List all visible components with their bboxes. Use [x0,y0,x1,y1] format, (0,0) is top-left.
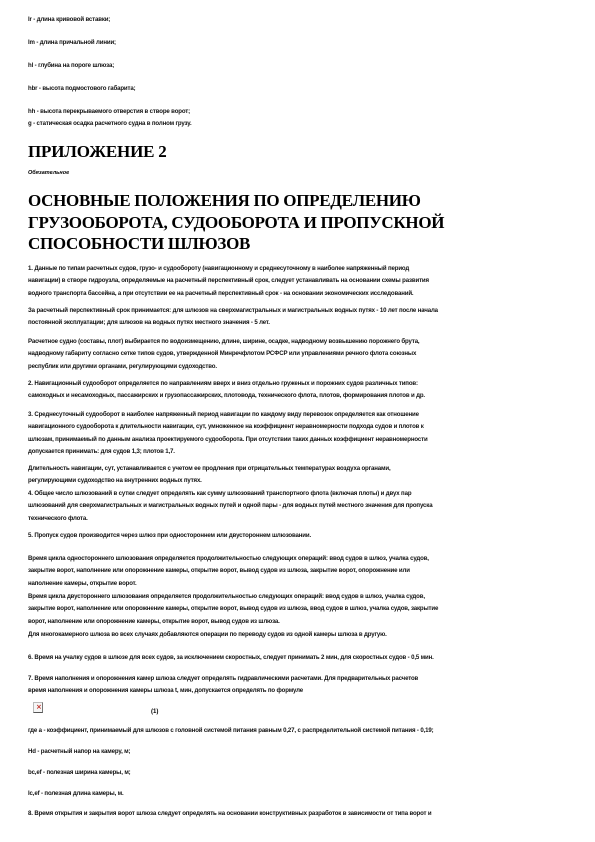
paragraph-1: 1. Данные по типам расчетных судов, груз… [28,263,429,300]
text-line: наполнение камеры, открытие ворот. [28,578,429,590]
paragraph-multichamber: Для многокамерного шлюза во всех случаях… [28,629,387,641]
definition-lm: lm - длина причальной линии; [28,37,116,49]
text-line: навигационного судооборота к длительност… [28,421,428,433]
text-line: водного транспорта бассейна, а при отсут… [28,288,429,300]
text-line: закрытие ворот, наполнение или опорожнен… [28,603,438,615]
text-line: Длительность навигации, сут, устанавлива… [28,463,391,475]
appendix-title: ПРИЛОЖЕНИЕ 2 [28,142,167,162]
paragraph-2: 2. Навигационный судооборот определяется… [28,378,425,403]
paragraph-one-way-cycle: Время цикла одностороннего шлюзования оп… [28,553,429,590]
paragraph-6: 6. Время на учалку судов в шлюзе для все… [28,652,434,664]
text-line: надводному габариту согласно сетке типов… [28,348,419,360]
formula-term-hd: Hd - расчетный напор на камеру, м; [28,746,130,758]
paragraph-two-way-cycle: Время цикла двустороннего шлюзования опр… [28,591,438,628]
text-line: 2. Навигационный судооборот определяется… [28,378,425,390]
text-line: шлюзований для сверхмагистральных и маги… [28,500,432,512]
paragraph-3: 3. Среднесуточный судооборот в наиболее … [28,409,428,458]
text-line: время наполнения и опорожнения камеры шл… [28,685,418,697]
main-title-line: ГРУЗООБОРОТА, СУДООБОРОТА И ПРОПУСКНОЙ [28,212,444,234]
main-title-line: СПОСОБНОСТИ ШЛЮЗОВ [28,233,444,255]
main-title: ОСНОВНЫЕ ПОЛОЖЕНИЯ ПО ОПРЕДЕЛЕНИЮ ГРУЗОО… [28,190,444,255]
formula-broken-image-icon: × [33,702,43,713]
formula-term-bc: bc,ef - полезная ширина камеры, м; [28,767,131,779]
text-line: допускается принимать: для судов 1,3; пл… [28,446,428,458]
text-line: шлюзам, принимаемый по данным анализа пр… [28,434,428,446]
paragraph-perspective-term: За расчетный перспективный срок принимае… [28,305,438,330]
text-line: навигации) в створе гидроузла, определяе… [28,275,429,287]
paragraph-design-vessel: Расчетное судно (составы, плот) выбирает… [28,336,419,373]
text-line: регулирующими судоходство на внутренних … [28,475,391,487]
text-line: 4. Общее число шлюзований в сутки следуе… [28,488,432,500]
paragraph-4: 4. Общее число шлюзований в сутки следуе… [28,488,432,525]
main-title-line: ОСНОВНЫЕ ПОЛОЖЕНИЯ ПО ОПРЕДЕЛЕНИЮ [28,190,444,212]
definition-hbr: hbr - высота подмостового габарита; [28,83,135,95]
text-line: Время цикла двустороннего шлюзования опр… [28,591,438,603]
equation-number: (1) [151,708,158,715]
text-line: самоходных и несамоходных, пассажирских … [28,390,425,402]
text-line: республик или другими органами, регулиру… [28,361,419,373]
text-line: Расчетное судно (составы, плот) выбирает… [28,336,419,348]
text-line: Для многокамерного шлюза во всех случаях… [28,629,387,641]
appendix-status: Обязательное [28,170,69,176]
text-line: ворот, наполнение или опорожнение камеры… [28,616,438,628]
definition-lr: lr - длина кривовой вставки; [28,14,110,26]
paragraph-7: 7. Время наполнения и опорожнения камер … [28,673,418,698]
paragraph-navigation-duration: Длительность навигации, сут, устанавлива… [28,463,391,488]
formula-term-a: где a - коэффициент, принимаемый для шлю… [28,725,433,737]
text-line: За расчетный перспективный срок принимае… [28,305,438,317]
text-line: 5. Пропуск судов производится через шлюз… [28,530,311,542]
definition-hh: hh - высота перекрываемого отверстия в с… [28,106,190,118]
text-line: технического флота. [28,513,432,525]
text-line: Время цикла одностороннего шлюзования оп… [28,553,429,565]
text-line: 1. Данные по типам расчетных судов, груз… [28,263,429,275]
text-line: 6. Время на учалку судов в шлюзе для все… [28,652,434,664]
text-line: 3. Среднесуточный судооборот в наиболее … [28,409,428,421]
text-line: постоянной эксплуатации; для шлюзов на в… [28,317,438,329]
definition-hl: hl - глубина на пороге шлюза; [28,60,114,72]
paragraph-5: 5. Пропуск судов производится через шлюз… [28,530,311,542]
formula-term-lc: lc,ef - полезная длина камеры, м. [28,788,124,800]
definition-g: g - статическая осадка расчетного судна … [28,118,192,130]
text-line: закрытие ворот, наполнение или опорожнен… [28,565,429,577]
text-line: 7. Время наполнения и опорожнения камер … [28,673,418,685]
paragraph-8: 8. Время открытия и закрытия ворот шлюза… [28,808,432,820]
